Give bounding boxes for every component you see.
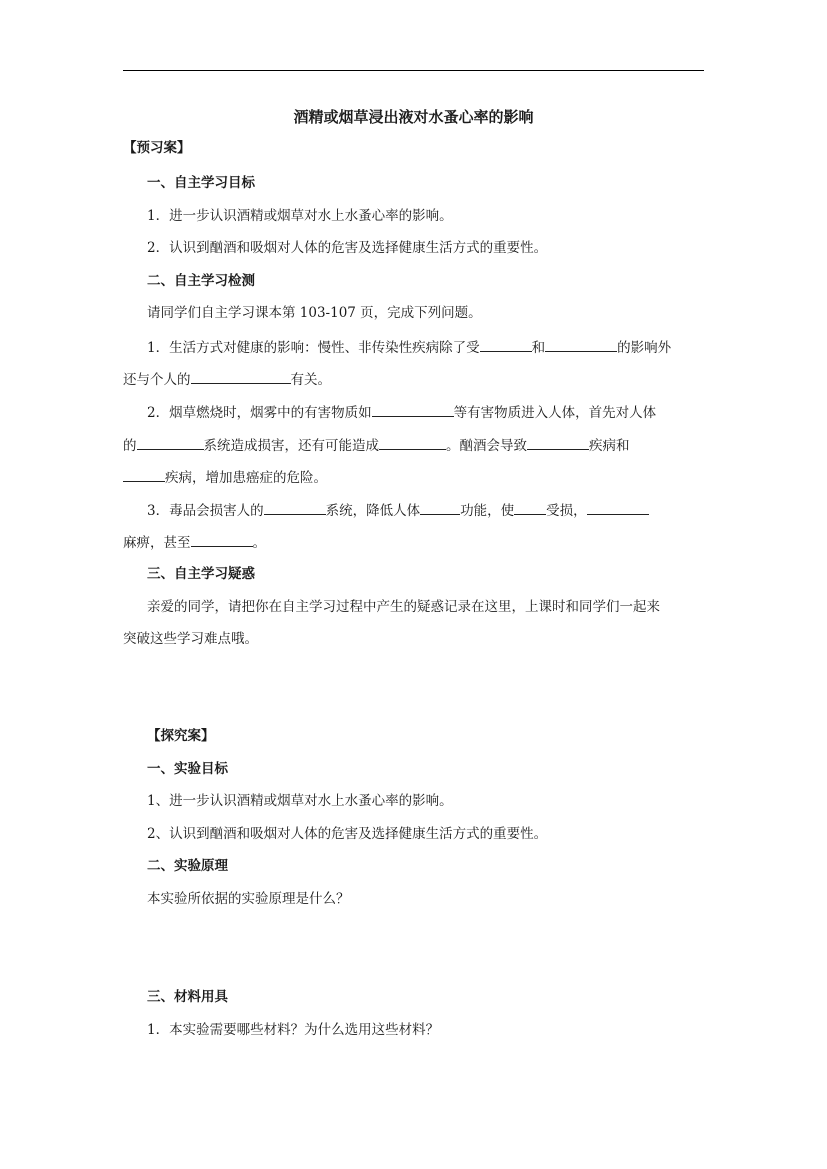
preview-s1-item-2: 2．认识到酗酒和吸烟对人体的危害及选择健康生活方式的重要性。 <box>147 238 704 258</box>
q2-blank-2[interactable] <box>137 434 204 450</box>
q2-blank-4[interactable] <box>527 434 589 450</box>
preview-s3-text-2: 突破这些学习难点哦。 <box>123 629 704 649</box>
inquiry-s1-heading: 一、实验目标 <box>147 759 704 779</box>
header-rule <box>123 70 704 71</box>
q2-text-f: 疾病和 <box>589 438 630 454</box>
q3-text-e: 麻痹，甚至 <box>123 535 191 551</box>
inquiry-s1-item-2: 2、认识到酗酒和吸烟对人体的危害及选择健康生活方式的重要性。 <box>147 824 704 844</box>
q1-text-a: 1．生活方式对健康的影响：慢性、非传染性疾病除了受 <box>147 340 480 356</box>
q1-blank-1[interactable] <box>480 336 532 352</box>
section-preview-heading: 【预习案】 <box>123 138 704 158</box>
q2-text-a: 2．烟草燃烧时，烟雾中的有害物质如 <box>147 405 372 421</box>
preview-s2-intro: 请同学们自主学习课本第 103-107 页，完成下列问题。 <box>147 303 704 323</box>
inquiry-s1-item-1: 1、进一步认识酒精或烟草对水上水蚤心率的影响。 <box>147 791 704 811</box>
preview-s3-heading: 三、自主学习疑惑 <box>147 564 704 584</box>
inquiry-s3-question: 1．本实验需要哪些材料？为什么选用这些材料？ <box>147 1020 704 1040</box>
q1-text-b: 和 <box>532 340 546 356</box>
inquiry-s2-question: 本实验所依据的实验原理是什么？ <box>147 889 704 909</box>
q1-text-d: 还与个人的 <box>123 372 191 388</box>
preview-s1-item-1: 1．进一步认识酒精或烟草对水上水蚤心率的影响。 <box>147 206 704 226</box>
q2-blank-5[interactable] <box>123 466 165 482</box>
q3-text-d: 受损， <box>546 503 587 519</box>
q3-blank-1[interactable] <box>264 499 326 515</box>
q1-blank-3[interactable] <box>191 368 291 384</box>
inquiry-s2-heading: 二、实验原理 <box>147 856 704 876</box>
q2-text-b: 等有害物质进入人体，首先对人体 <box>454 405 657 421</box>
question-3-line-1: 3．毒品会损害人的系统，降低人体功能，使受损， <box>147 499 704 521</box>
q2-text-d: 系统造成损害，还有可能造成 <box>204 438 380 454</box>
q3-blank-3[interactable] <box>514 499 546 515</box>
question-2-line-3: 疾病，增加患癌症的危险。 <box>123 466 704 488</box>
q3-blank-5[interactable] <box>191 531 253 547</box>
q1-text-e: 有关。 <box>291 372 332 388</box>
preview-s3-text-1: 亲爱的同学，请把你在自主学习过程中产生的疑惑记录在这里，上课时和同学们一起来 <box>147 597 704 617</box>
question-2-line-2: 的系统造成损害，还有可能造成。酗酒会导致疾病和 <box>123 434 704 456</box>
q3-text-f: 。 <box>253 535 267 551</box>
question-1-line-2: 还与个人的有关。 <box>123 368 704 390</box>
section-inquiry-heading: 【探究案】 <box>147 726 704 746</box>
q1-blank-2[interactable] <box>545 336 617 352</box>
q2-blank-1[interactable] <box>372 401 454 417</box>
q2-blank-3[interactable] <box>379 434 446 450</box>
q2-text-c: 的 <box>123 438 137 454</box>
q2-text-e: 。酗酒会导致 <box>446 438 527 454</box>
q3-text-b: 系统，降低人体 <box>326 503 421 519</box>
question-1-line-1: 1．生活方式对健康的影响：慢性、非传染性疾病除了受和的影响外 <box>147 336 704 358</box>
preview-s2-heading: 二、自主学习检测 <box>147 271 704 291</box>
preview-s1-heading: 一、自主学习目标 <box>147 173 704 193</box>
q3-text-c: 功能，使 <box>460 503 514 519</box>
q3-blank-4[interactable] <box>587 499 649 515</box>
q3-blank-2[interactable] <box>420 499 460 515</box>
inquiry-s3-heading: 三、材料用具 <box>147 987 704 1007</box>
question-3-line-2: 麻痹，甚至。 <box>123 531 704 553</box>
q2-text-g: 疾病，增加患癌症的危险。 <box>165 470 327 486</box>
q3-text-a: 3．毒品会损害人的 <box>147 503 264 519</box>
question-2-line-1: 2．烟草燃烧时，烟雾中的有害物质如等有害物质进入人体，首先对人体 <box>147 401 704 423</box>
document-title: 酒精或烟草浸出液对水蚤心率的影响 <box>0 106 827 127</box>
q1-text-c: 的影响外 <box>617 340 671 356</box>
